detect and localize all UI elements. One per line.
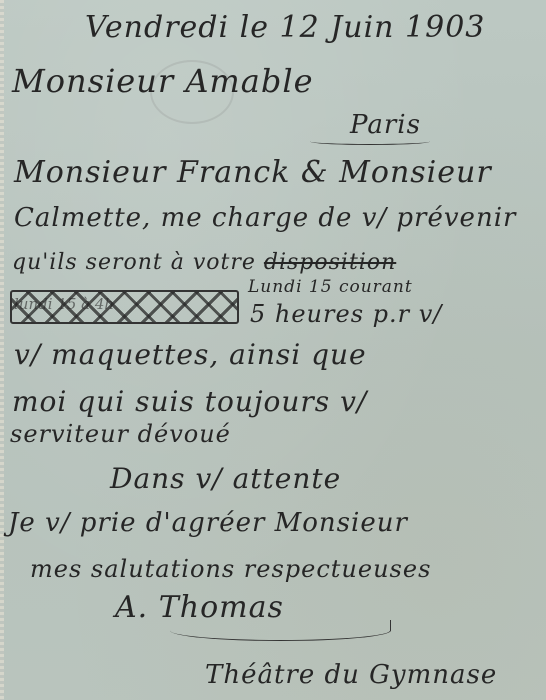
body-line-2: Calmette, me charge de v/ prévenir xyxy=(14,203,516,233)
recipient-name: Monsieur Amable xyxy=(12,62,314,100)
date-line: Vendredi le 12 Juin 1903 xyxy=(85,10,485,45)
closing-line-3: mes salutations respectueuses xyxy=(30,555,431,583)
body-line-5: 5 heures p.r v/ xyxy=(250,300,442,328)
affiliation: Théâtre du Gymnase xyxy=(205,660,497,690)
letter-page: Vendredi le 12 Juin 1903 Monsieur Amable… xyxy=(0,0,546,700)
struck-word: disposition xyxy=(264,250,396,275)
body-line-3: qu'ils seront à votre disposition xyxy=(12,250,396,275)
closing-line-2: Je v/ prie d'agréer Monsieur xyxy=(8,508,408,538)
body-line-1: Monsieur Franck & Monsieur xyxy=(14,155,492,190)
body-line-3-text: qu'ils seront à votre xyxy=(12,250,264,275)
body-line-8: serviteur dévoué xyxy=(10,420,231,448)
recipient-city: Paris xyxy=(350,110,421,140)
crossed-out-box xyxy=(10,290,239,324)
closing-line-1: Dans v/ attente xyxy=(110,462,341,495)
body-line-4-insert: Lundi 15 courant xyxy=(248,277,413,297)
city-underline xyxy=(310,138,430,145)
perforated-edge xyxy=(0,0,4,700)
body-line-7: moi qui suis toujours v/ xyxy=(12,385,367,418)
body-line-6: v/ maquettes, ainsi que xyxy=(14,338,367,371)
signature-flourish xyxy=(170,620,391,641)
